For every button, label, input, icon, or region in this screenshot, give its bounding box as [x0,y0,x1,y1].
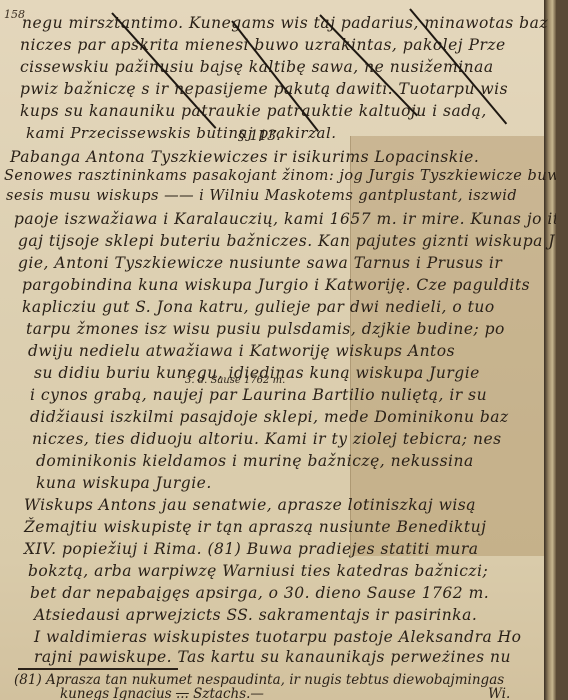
text-line: bokztą, arba warpiwzę Warniusi ties kate… [28,562,488,580]
text-line: bet dar nepabaįgęs apsirga, o 30. dieno … [30,584,489,602]
text-line: gie, Antoni Tyszkiewicze nusiunte sawa T… [18,254,502,272]
text-line: kuna wiskupa Jurgie. [36,474,212,492]
interlinear-insertion: 3. d. Sause 1762 m. [185,375,285,386]
text-line: cissewskiu pažinusiu bajsę kaltibę sawa,… [20,58,494,76]
footnote-line: kunegs Ignacius ... Sztachs.— [60,686,264,700]
text-line: Senowes rasztininkams pasakojant žinom: … [4,168,556,184]
text-line: Žemajtiu wiskupistę ir tąn apraszą nusiu… [24,518,486,536]
text-line: sesis musu wiskups —— i Wilniu Maskotems… [6,188,517,204]
text-line: negu mirsztantimo. Kunegams wis taj pada… [22,14,548,32]
struck-word: ... [176,686,189,700]
text-line: rajni pawiskupe. Tas kartu su kanaunikaj… [34,648,511,666]
text-line: kami Przecissewskis butinaj prakirzal. [26,124,337,142]
text-line: dominikonis kieldamos i murinę bažniczę,… [36,452,474,470]
section-heading: Pabanga Antona Tyszkiewiczes ir isikurim… [10,148,479,166]
text-line: tarpu žmones isz wisu pusiu pulsdamis, d… [26,320,505,338]
text-line: gaj tijsoje sklepi buteriu bažniczes. Ka… [18,232,556,250]
footnote-text: Sztachs.— [193,686,264,700]
manuscript-page: 158 negu mirsztantimo. Kunegams wis taj … [0,0,556,700]
footnote-text: kunegs Ignacius [60,686,172,700]
text-line: paoje iszwažiawa i Karalauczių, kami 165… [14,210,556,228]
footnote-divider [18,668,178,670]
text-line: i cynos grabą, naujej par Laurina Bartil… [30,386,487,404]
section-number: § 113. [238,128,281,144]
binding-edge [544,0,556,700]
text-line: Wiskups Antons jau senatwie, aprasze lot… [24,496,476,514]
text-line: I waldimieras wiskupistes tuotarpu pasto… [34,628,522,646]
text-line: kaplicziu gut S. Jona katru, gulieje par… [22,298,495,316]
text-line: pwiz bažniczę s ir nepasijeme pakutą daw… [20,80,508,98]
text-line: XIV. popiežiuj i Rima. (81) Buwa pradiej… [24,540,479,558]
text-line: dwiju nedielu atwažiawa i Katworiję wisk… [28,342,455,360]
text-line: didžiausi iszkilmi pasajdoje sklepi, med… [30,408,509,426]
text-line: pargobindina kuna wiskupa Jurgio i Katwo… [22,276,530,294]
text-line: Atsiedausi aprwejzicts SS. sakramentajs … [34,606,477,624]
footnote-mark: Wi. [488,686,510,700]
text-line: niczes, ties diduoju altoriu. Kami ir ty… [32,430,502,448]
text-line: kups su kanauniku patraukie patrauktie k… [20,102,487,120]
